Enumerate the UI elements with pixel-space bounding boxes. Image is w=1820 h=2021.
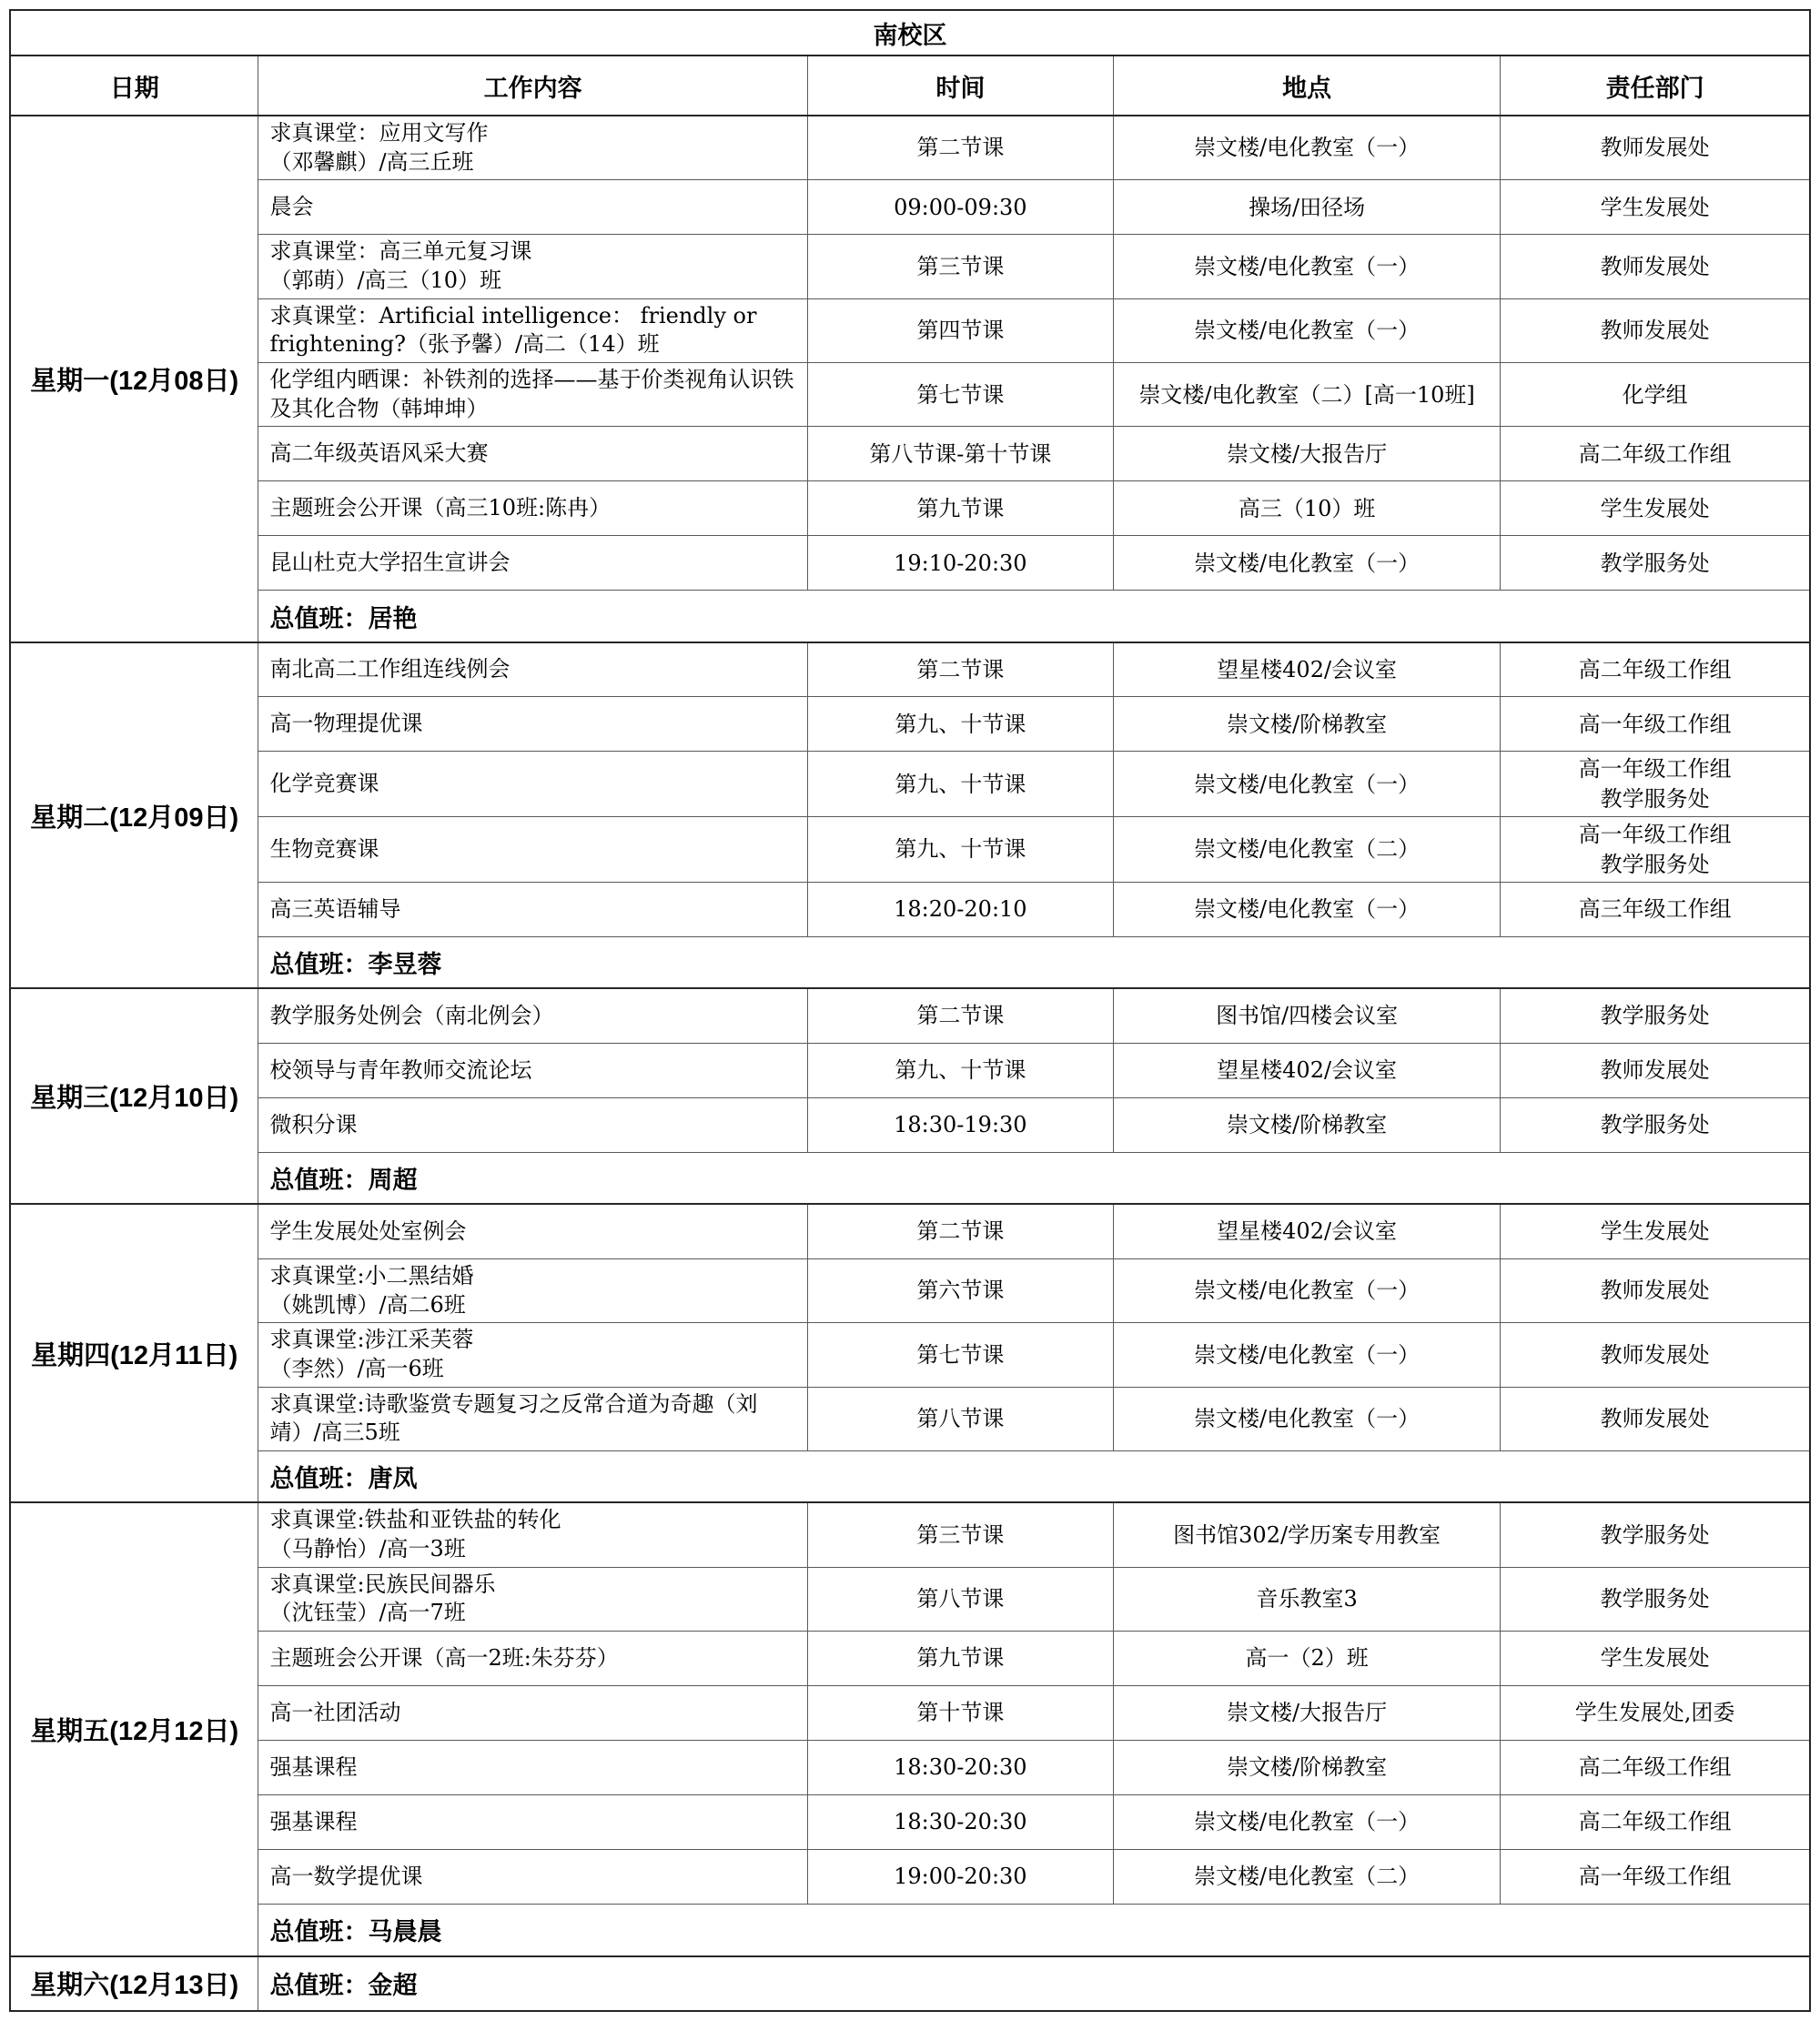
event-time: 18:30-20:30 bbox=[807, 1795, 1113, 1850]
event-time: 18:20-20:10 bbox=[807, 882, 1113, 936]
event-row: 高三英语辅导18:20-20:10崇文楼/电化教室（一）高三年级工作组 bbox=[10, 882, 1810, 936]
event-time: 18:30-20:30 bbox=[807, 1741, 1113, 1795]
event-department: 高二年级工作组 bbox=[1501, 642, 1810, 697]
event-place: 崇文楼/电化教室（一） bbox=[1113, 116, 1500, 180]
event-time: 第二节课 bbox=[807, 1204, 1113, 1258]
event-department: 教师发展处 bbox=[1501, 116, 1810, 180]
event-place: 崇文楼/电化教室（一） bbox=[1113, 536, 1500, 591]
event-department: 学生发展处,团委 bbox=[1501, 1686, 1810, 1741]
duty-row: 总值班：唐凤 bbox=[10, 1450, 1810, 1502]
event-content: 南北高二工作组连线例会 bbox=[258, 642, 807, 697]
event-content: 高一社团活动 bbox=[258, 1686, 807, 1741]
event-row: 求真课堂：高三单元复习课 （郭萌）/高三（10）班第三节课崇文楼/电化教室（一）… bbox=[10, 235, 1810, 298]
event-content: 微积分课 bbox=[258, 1097, 807, 1152]
date-cell: 星期四(12月11日) bbox=[10, 1204, 258, 1502]
event-department: 高三年级工作组 bbox=[1501, 882, 1810, 936]
event-content: 强基课程 bbox=[258, 1795, 807, 1850]
event-content: 学生发展处处室例会 bbox=[258, 1204, 807, 1258]
event-content: 化学竞赛课 bbox=[258, 752, 807, 817]
event-row: 求真课堂:诗歌鉴赏专题复习之反常合道为奇趣（刘靖）/高三5班第八节课崇文楼/电化… bbox=[10, 1387, 1810, 1450]
duty-cell: 总值班：居艳 bbox=[258, 591, 1810, 642]
event-content: 求真课堂:民族民间器乐 （沈钰莹）/高一7班 bbox=[258, 1567, 807, 1631]
event-place: 崇文楼/电化教室（一） bbox=[1113, 1387, 1500, 1450]
date-cell: 星期二(12月09日) bbox=[10, 642, 258, 989]
event-place: 崇文楼/电化教室（二） bbox=[1113, 817, 1500, 883]
event-place: 崇文楼/电化教室（二） bbox=[1113, 1850, 1500, 1905]
schedule-sheet: 南校区 日期 工作内容 时间 地点 责任部门 星期一(12月08日)求真课堂：应… bbox=[0, 0, 1820, 2021]
event-department: 学生发展处 bbox=[1501, 1204, 1810, 1258]
event-time: 第九、十节课 bbox=[807, 817, 1113, 883]
column-header-department: 责任部门 bbox=[1501, 56, 1810, 116]
event-department: 学生发展处 bbox=[1501, 481, 1810, 536]
event-department: 教师发展处 bbox=[1501, 1043, 1810, 1097]
event-department: 高二年级工作组 bbox=[1501, 427, 1810, 481]
event-time: 第八节课 bbox=[807, 1387, 1113, 1450]
event-place: 崇文楼/大报告厅 bbox=[1113, 427, 1500, 481]
column-header-time: 时间 bbox=[807, 56, 1113, 116]
event-row: 求真课堂:民族民间器乐 （沈钰莹）/高一7班第八节课音乐教室3教学服务处 bbox=[10, 1567, 1810, 1631]
event-row: 求真课堂:小二黑结婚 （姚凯博）/高二6班第六节课崇文楼/电化教室（一）教师发展… bbox=[10, 1258, 1810, 1322]
event-place: 望星楼402/会议室 bbox=[1113, 1204, 1500, 1258]
event-time: 第九、十节课 bbox=[807, 752, 1113, 817]
event-place: 音乐教室3 bbox=[1113, 1567, 1500, 1631]
duty-cell: 总值班：马晨晨 bbox=[258, 1905, 1810, 1956]
event-time: 第十节课 bbox=[807, 1686, 1113, 1741]
date-cell: 星期一(12月08日) bbox=[10, 116, 258, 642]
event-content: 主题班会公开课（高三10班:陈冉） bbox=[258, 481, 807, 536]
event-row: 求真课堂：Artificial intelligence： friendly o… bbox=[10, 298, 1810, 362]
duty-row: 总值班：周超 bbox=[10, 1152, 1810, 1204]
event-place: 崇文楼/电化教室（一） bbox=[1113, 882, 1500, 936]
event-department: 高一年级工作组 教学服务处 bbox=[1501, 817, 1810, 883]
duty-row: 总值班：居艳 bbox=[10, 591, 1810, 642]
campus-schedule-table: 南校区 日期 工作内容 时间 地点 责任部门 星期一(12月08日)求真课堂：应… bbox=[9, 9, 1811, 2012]
duty-cell: 总值班：周超 bbox=[258, 1152, 1810, 1204]
event-time: 09:00-09:30 bbox=[807, 180, 1113, 235]
event-row: 求真课堂:涉江采芙蓉 （李然）/高一6班第七节课崇文楼/电化教室（一）教师发展处 bbox=[10, 1323, 1810, 1387]
event-row: 高一物理提优课第九、十节课崇文楼/阶梯教室高一年级工作组 bbox=[10, 697, 1810, 752]
event-time: 第二节课 bbox=[807, 988, 1113, 1043]
day-row: 星期六(12月13日)总值班：金超 bbox=[10, 1956, 1810, 2011]
event-time: 19:00-20:30 bbox=[807, 1850, 1113, 1905]
event-place: 崇文楼/电化教室（一） bbox=[1113, 1323, 1500, 1387]
event-time: 第二节课 bbox=[807, 642, 1113, 697]
event-time: 19:10-20:30 bbox=[807, 536, 1113, 591]
event-content: 晨会 bbox=[258, 180, 807, 235]
event-content: 强基课程 bbox=[258, 1741, 807, 1795]
event-content: 化学组内晒课：补铁剂的选择——基于价类视角认识铁及其化合物（韩坤坤） bbox=[258, 363, 807, 427]
event-department: 教学服务处 bbox=[1501, 1502, 1810, 1567]
event-content: 求真课堂:小二黑结婚 （姚凯博）/高二6班 bbox=[258, 1258, 807, 1322]
event-row: 强基课程18:30-20:30崇文楼/阶梯教室高二年级工作组 bbox=[10, 1741, 1810, 1795]
event-row: 星期四(12月11日)学生发展处处室例会第二节课望星楼402/会议室学生发展处 bbox=[10, 1204, 1810, 1258]
event-time: 第三节课 bbox=[807, 235, 1113, 298]
event-department: 学生发展处 bbox=[1501, 1632, 1810, 1686]
schedule-body: 星期一(12月08日)求真课堂：应用文写作 （邓馨麒）/高三丘班第二节课崇文楼/… bbox=[10, 116, 1810, 2011]
page-title: 南校区 bbox=[10, 10, 1810, 56]
event-row: 高二年级英语风采大赛第八节课-第十节课崇文楼/大报告厅高二年级工作组 bbox=[10, 427, 1810, 481]
event-place: 崇文楼/电化教室（二）[高一10班] bbox=[1113, 363, 1500, 427]
event-place: 操场/田径场 bbox=[1113, 180, 1500, 235]
event-content: 求真课堂:铁盐和亚铁盐的转化 （马静怡）/高一3班 bbox=[258, 1502, 807, 1567]
event-row: 生物竞赛课第九、十节课崇文楼/电化教室（二）高一年级工作组 教学服务处 bbox=[10, 817, 1810, 883]
event-content: 高一物理提优课 bbox=[258, 697, 807, 752]
event-row: 校领导与青年教师交流论坛第九、十节课望星楼402/会议室教师发展处 bbox=[10, 1043, 1810, 1097]
event-row: 高一社团活动第十节课崇文楼/大报告厅学生发展处,团委 bbox=[10, 1686, 1810, 1741]
event-department: 教师发展处 bbox=[1501, 298, 1810, 362]
date-cell: 星期六(12月13日) bbox=[10, 1956, 258, 2011]
event-row: 化学组内晒课：补铁剂的选择——基于价类视角认识铁及其化合物（韩坤坤）第七节课崇文… bbox=[10, 363, 1810, 427]
event-time: 第三节课 bbox=[807, 1502, 1113, 1567]
event-row: 昆山杜克大学招生宣讲会19:10-20:30崇文楼/电化教室（一）教学服务处 bbox=[10, 536, 1810, 591]
event-department: 教学服务处 bbox=[1501, 988, 1810, 1043]
event-row: 晨会09:00-09:30操场/田径场学生发展处 bbox=[10, 180, 1810, 235]
event-row: 主题班会公开课（高三10班:陈冉）第九节课高三（10）班学生发展处 bbox=[10, 481, 1810, 536]
event-department: 教师发展处 bbox=[1501, 235, 1810, 298]
event-time: 第六节课 bbox=[807, 1258, 1113, 1322]
event-department: 教学服务处 bbox=[1501, 1097, 1810, 1152]
event-time: 第四节课 bbox=[807, 298, 1113, 362]
event-content: 生物竞赛课 bbox=[258, 817, 807, 883]
event-content: 求真课堂：Artificial intelligence： friendly o… bbox=[258, 298, 807, 362]
event-content: 主题班会公开课（高一2班:朱芬芬） bbox=[258, 1632, 807, 1686]
event-time: 第八节课 bbox=[807, 1567, 1113, 1631]
event-row: 主题班会公开课（高一2班:朱芬芬）第九节课高一（2）班学生发展处 bbox=[10, 1632, 1810, 1686]
event-department: 高一年级工作组 bbox=[1501, 697, 1810, 752]
date-cell: 星期三(12月10日) bbox=[10, 988, 258, 1204]
event-time: 第八节课-第十节课 bbox=[807, 427, 1113, 481]
event-content: 求真课堂：高三单元复习课 （郭萌）/高三（10）班 bbox=[258, 235, 807, 298]
event-place: 高一（2）班 bbox=[1113, 1632, 1500, 1686]
event-row: 星期一(12月08日)求真课堂：应用文写作 （邓馨麒）/高三丘班第二节课崇文楼/… bbox=[10, 116, 1810, 180]
event-place: 崇文楼/阶梯教室 bbox=[1113, 697, 1500, 752]
event-department: 教学服务处 bbox=[1501, 1567, 1810, 1631]
event-place: 高三（10）班 bbox=[1113, 481, 1500, 536]
event-content: 求真课堂：应用文写作 （邓馨麒）/高三丘班 bbox=[258, 116, 807, 180]
column-header-content: 工作内容 bbox=[258, 56, 807, 116]
event-place: 崇文楼/电化教室（一） bbox=[1113, 752, 1500, 817]
duty-row: 总值班：马晨晨 bbox=[10, 1905, 1810, 1956]
event-place: 崇文楼/电化教室（一） bbox=[1113, 235, 1500, 298]
event-row: 化学竞赛课第九、十节课崇文楼/电化教室（一）高一年级工作组 教学服务处 bbox=[10, 752, 1810, 817]
event-place: 崇文楼/大报告厅 bbox=[1113, 1686, 1500, 1741]
event-row: 强基课程18:30-20:30崇文楼/电化教室（一）高二年级工作组 bbox=[10, 1795, 1810, 1850]
duty-cell: 总值班：唐凤 bbox=[258, 1450, 1810, 1502]
event-time: 第二节课 bbox=[807, 116, 1113, 180]
title-row: 南校区 bbox=[10, 10, 1810, 56]
header-row: 日期 工作内容 时间 地点 责任部门 bbox=[10, 56, 1810, 116]
duty-cell: 总值班：金超 bbox=[258, 1956, 1810, 2011]
event-content: 校领导与青年教师交流论坛 bbox=[258, 1043, 807, 1097]
event-time: 第九、十节课 bbox=[807, 697, 1113, 752]
event-content: 昆山杜克大学招生宣讲会 bbox=[258, 536, 807, 591]
event-place: 崇文楼/电化教室（一） bbox=[1113, 1258, 1500, 1322]
event-row: 星期二(12月09日)南北高二工作组连线例会第二节课望星楼402/会议室高二年级… bbox=[10, 642, 1810, 697]
event-department: 学生发展处 bbox=[1501, 180, 1810, 235]
event-department: 教学服务处 bbox=[1501, 536, 1810, 591]
event-department: 高一年级工作组 教学服务处 bbox=[1501, 752, 1810, 817]
event-content: 求真课堂:诗歌鉴赏专题复习之反常合道为奇趣（刘靖）/高三5班 bbox=[258, 1387, 807, 1450]
event-place: 崇文楼/阶梯教室 bbox=[1113, 1741, 1500, 1795]
event-department: 教师发展处 bbox=[1501, 1387, 1810, 1450]
event-place: 图书馆302/学历案专用教室 bbox=[1113, 1502, 1500, 1567]
event-content: 求真课堂:涉江采芙蓉 （李然）/高一6班 bbox=[258, 1323, 807, 1387]
event-row: 微积分课18:30-19:30崇文楼/阶梯教室教学服务处 bbox=[10, 1097, 1810, 1152]
event-time: 第七节课 bbox=[807, 1323, 1113, 1387]
event-department: 教师发展处 bbox=[1501, 1258, 1810, 1322]
event-time: 18:30-19:30 bbox=[807, 1097, 1113, 1152]
column-header-date: 日期 bbox=[10, 56, 258, 116]
duty-row: 总值班：李昱蓉 bbox=[10, 936, 1810, 988]
event-place: 望星楼402/会议室 bbox=[1113, 1043, 1500, 1097]
event-department: 教师发展处 bbox=[1501, 1323, 1810, 1387]
duty-cell: 总值班：李昱蓉 bbox=[258, 936, 1810, 988]
event-place: 崇文楼/阶梯教室 bbox=[1113, 1097, 1500, 1152]
event-place: 崇文楼/电化教室（一） bbox=[1113, 1795, 1500, 1850]
event-content: 高一数学提优课 bbox=[258, 1850, 807, 1905]
event-content: 高三英语辅导 bbox=[258, 882, 807, 936]
event-department: 高二年级工作组 bbox=[1501, 1741, 1810, 1795]
event-department: 高二年级工作组 bbox=[1501, 1795, 1810, 1850]
event-row: 星期三(12月10日)教学服务处例会（南北例会）第二节课图书馆/四楼会议室教学服… bbox=[10, 988, 1810, 1043]
event-content: 高二年级英语风采大赛 bbox=[258, 427, 807, 481]
event-department: 化学组 bbox=[1501, 363, 1810, 427]
event-row: 星期五(12月12日)求真课堂:铁盐和亚铁盐的转化 （马静怡）/高一3班第三节课… bbox=[10, 1502, 1810, 1567]
event-time: 第九、十节课 bbox=[807, 1043, 1113, 1097]
column-header-place: 地点 bbox=[1113, 56, 1500, 116]
event-time: 第九节课 bbox=[807, 481, 1113, 536]
event-place: 望星楼402/会议室 bbox=[1113, 642, 1500, 697]
event-row: 高一数学提优课19:00-20:30崇文楼/电化教室（二）高一年级工作组 bbox=[10, 1850, 1810, 1905]
event-content: 教学服务处例会（南北例会） bbox=[258, 988, 807, 1043]
event-place: 图书馆/四楼会议室 bbox=[1113, 988, 1500, 1043]
date-cell: 星期五(12月12日) bbox=[10, 1502, 258, 1955]
event-department: 高一年级工作组 bbox=[1501, 1850, 1810, 1905]
event-time: 第九节课 bbox=[807, 1632, 1113, 1686]
event-time: 第七节课 bbox=[807, 363, 1113, 427]
event-place: 崇文楼/电化教室（一） bbox=[1113, 298, 1500, 362]
